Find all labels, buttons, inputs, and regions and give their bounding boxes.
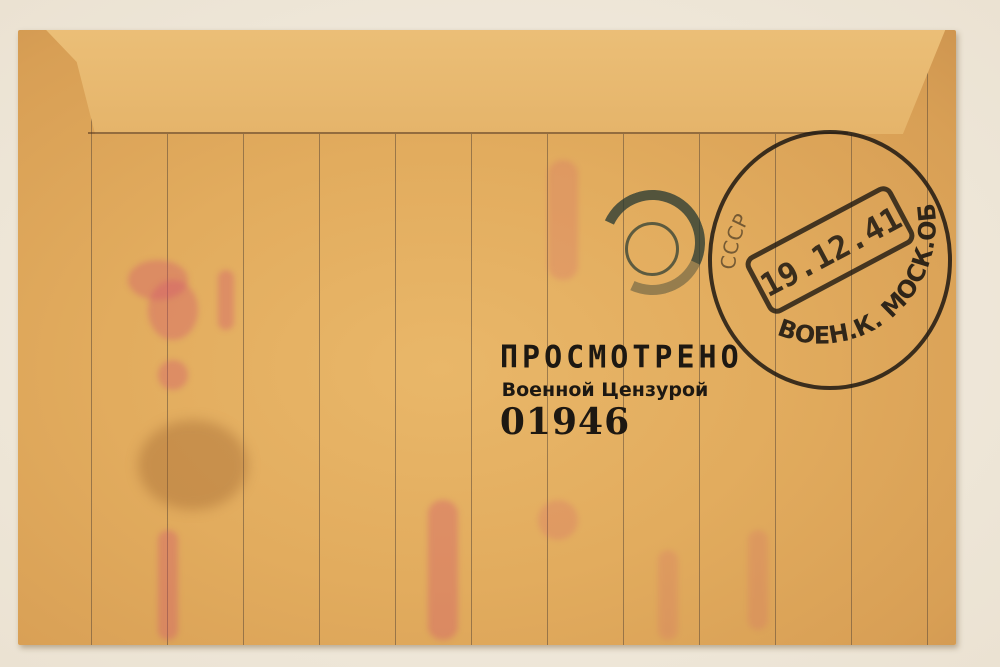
ink-bleed bbox=[158, 530, 178, 640]
ink-bleed bbox=[748, 530, 768, 630]
ink-bleed bbox=[428, 500, 458, 640]
censor-line1: ПРОСМОТРЕНО bbox=[500, 339, 830, 376]
ink-bleed bbox=[548, 160, 578, 280]
ink-bleed bbox=[148, 280, 198, 340]
censor-number: 01946 bbox=[300, 401, 830, 443]
water-stain bbox=[138, 420, 248, 510]
ink-bleed bbox=[218, 270, 234, 330]
censor-line2: Военной Цензурой bbox=[380, 379, 830, 401]
ink-bleed bbox=[538, 500, 578, 540]
emblem-globe-icon bbox=[625, 222, 679, 276]
ink-bleed bbox=[658, 550, 678, 640]
envelope-flap bbox=[40, 30, 956, 134]
ink-bleed bbox=[158, 360, 188, 390]
censor-stamp: ПРОСМОТРЕНО Военной Цензурой 01946 bbox=[500, 340, 830, 443]
